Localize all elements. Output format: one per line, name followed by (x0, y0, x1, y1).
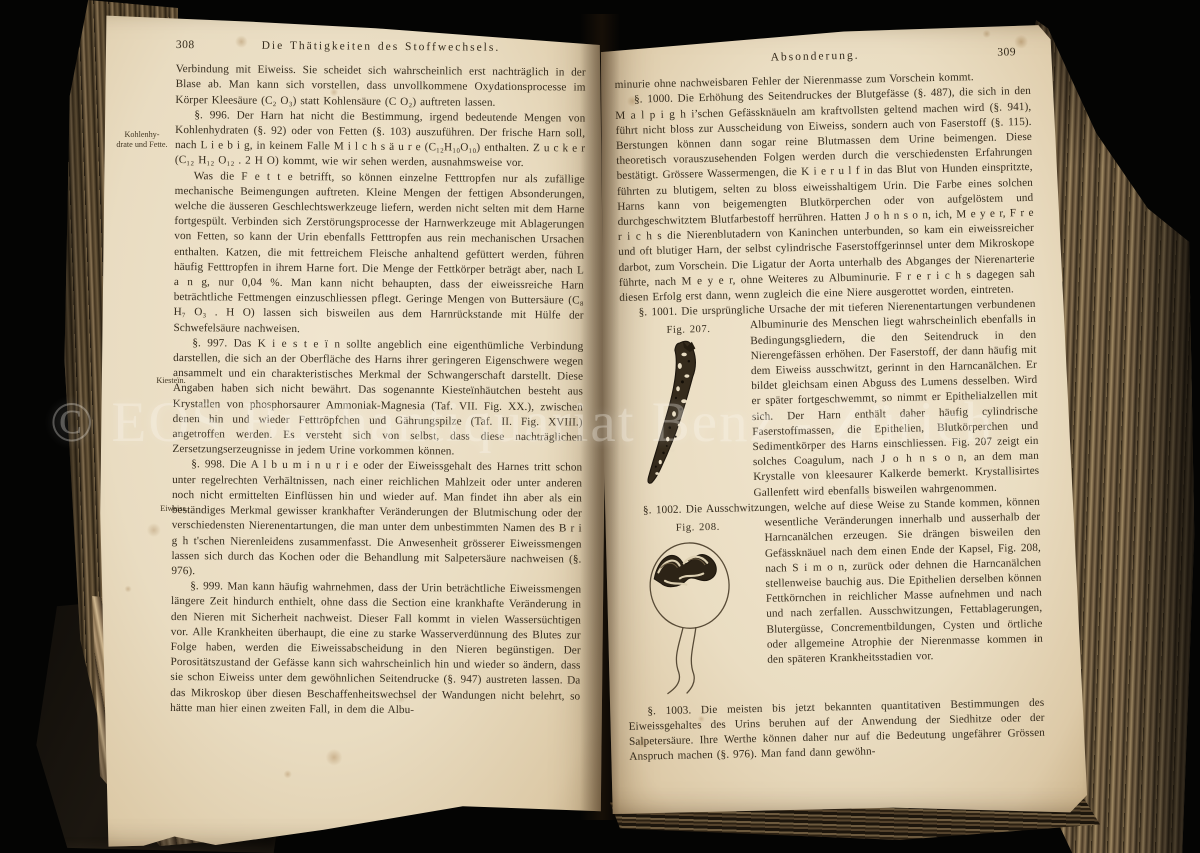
paragraph-998: §. 998. Die A l b u m i n u r i e oder d… (171, 457, 582, 582)
paragraph-997: §. 997. Das K i e s t e ï n sollte angeb… (172, 336, 583, 461)
left-running-title: Die Thätigkeiten des Stoffwechsels. (236, 39, 526, 57)
margin-note-kohlenhydrate-fette: Kohlenhy- drate und Fette. (116, 130, 168, 149)
figure-208: Fig. 208. (624, 519, 756, 702)
paragraph-1001: §. 1001. Die ursprüngliche Ursache der m… (620, 297, 1040, 504)
paragraph-1001-wrap: Bedingungsgliedern, die den Seitendruck … (750, 329, 1039, 499)
urinary-cast-illustration (644, 338, 717, 487)
paragraph-1002: §. 1002. Die Ausschwitzungen, welche auf… (624, 495, 1044, 671)
left-page-header: 308 Die Thätigkeiten des Stoffwechsels. (176, 38, 586, 57)
paragraph-continuation: Verbindung mit Eiweiss. Sie scheidet sic… (175, 62, 585, 111)
paragraph-fette: Was die F e t t e betrifft, so können ei… (173, 169, 584, 340)
right-page: Absonderung. 309 minurie ohne nachweisba… (598, 22, 1090, 814)
right-header-spacer (614, 63, 674, 64)
left-page-number: 308 (176, 38, 236, 54)
paragraph-999: §. 999. Man kann häufig wahrnehmen, dass… (170, 579, 581, 719)
figure-207: Fig. 207. (620, 322, 742, 493)
left-page: Kohlenhy- drate und Fette. Kiesteïn. Eiw… (92, 8, 607, 850)
right-page-number: 309 (956, 45, 1030, 62)
figure-208-label: Fig. 208. (676, 522, 720, 534)
paragraph-1003: §. 1003. Die meisten bis jetzt bekannten… (628, 695, 1045, 765)
paragraph-996: §. 996. Der Harn hat nicht die Bestimmun… (175, 108, 586, 172)
right-running-title: Absonderung. (674, 47, 956, 68)
paragraph-1002-wrap: kommen, können wesentliche Veränderungen… (764, 496, 1043, 666)
left-page-text: 308 Die Thätigkeiten des Stoffwechsels. … (170, 38, 586, 719)
figure-207-label: Fig. 207. (666, 324, 710, 336)
left-header-spacer (526, 51, 586, 52)
right-page-header: Absonderung. 309 (614, 45, 1030, 69)
book-photograph: Kohlenhy- drate und Fette. Kiesteïn. Eiw… (0, 0, 1200, 853)
paragraph-1000: §. 1000. Die Erhöhung des Seitendruckes … (615, 84, 1036, 306)
kidney-capsule-illustration (641, 535, 740, 697)
right-page-text: Absonderung. 309 minurie ohne nachweisba… (614, 45, 1045, 765)
